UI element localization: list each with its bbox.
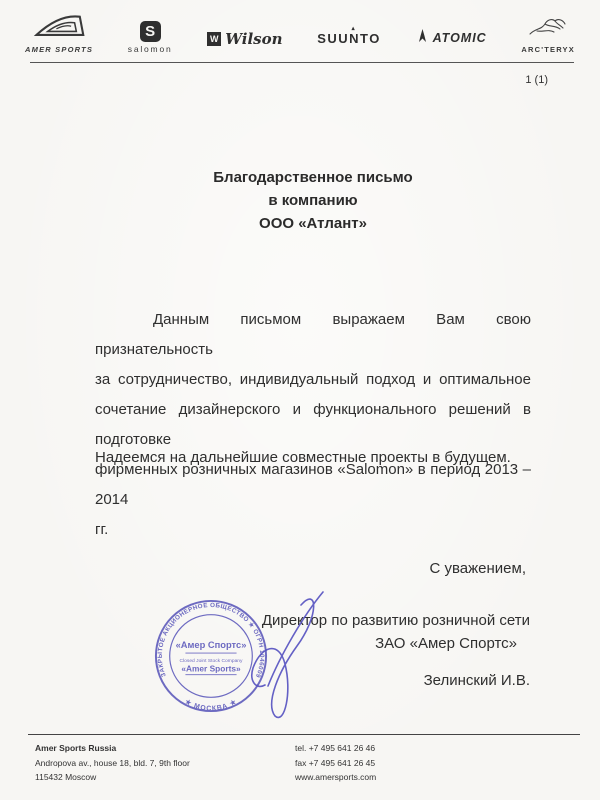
salomon-label: salomon <box>128 44 173 54</box>
footer-tel: tel. +7 495 641 26 46 <box>295 741 376 756</box>
salomon-logo: S salomon <box>128 21 173 54</box>
paragraph-future-projects: Надеемся на дальнейшие совместные проект… <box>95 443 531 473</box>
footer-website: www.amersports.com <box>295 770 376 785</box>
arcteryx-logo: ARC'TERYX <box>521 16 575 54</box>
title-line-1: Благодарственное письмо <box>95 166 531 189</box>
signature-scribble <box>225 578 365 728</box>
paragraph-line: за сотрудничество, индивидуальный подход… <box>95 365 531 395</box>
closing-salutation: С уважением, <box>130 560 526 577</box>
wilson-logo: W Wilson <box>207 30 282 54</box>
arcteryx-bird-icon <box>527 16 569 43</box>
letterhead-logos: AMER SPORTS S salomon W Wilson ▴ SUUNTO … <box>25 10 575 54</box>
page-number: 1 (1) <box>525 74 548 86</box>
footer-company-info: Amer Sports Russia Andropova av., house … <box>35 741 295 785</box>
suunto-label: SUUNTO <box>317 31 381 46</box>
atomic-icon <box>416 28 429 48</box>
title-line-2: в компанию <box>95 189 531 212</box>
suunto-logo: ▴ SUUNTO <box>317 31 381 54</box>
letter-title: Благодарственное письмо в компанию ООО «… <box>95 166 531 235</box>
arcteryx-label: ARC'TERYX <box>521 45 575 54</box>
atomic-label: ATOMIC <box>433 31 487 45</box>
paragraph-line: гг. <box>95 515 531 545</box>
suunto-accent-icon: ▴ <box>352 25 355 32</box>
footer: Amer Sports Russia Andropova av., house … <box>35 741 570 785</box>
amer-sports-icon <box>33 11 85 43</box>
paragraph-line: Данным письмом выражаем Вам свою признат… <box>95 305 531 365</box>
footer-divider <box>28 734 580 735</box>
amer-sports-logo: AMER SPORTS <box>25 11 93 54</box>
header-divider <box>30 62 574 63</box>
wilson-icon: W <box>207 32 221 46</box>
footer-fax: fax +7 495 641 26 45 <box>295 756 376 771</box>
document-page: AMER SPORTS S salomon W Wilson ▴ SUUNTO … <box>0 0 600 800</box>
amer-sports-label: AMER SPORTS <box>25 45 93 54</box>
wilson-label: Wilson <box>225 30 282 48</box>
footer-address-line1: Andropova av., house 18, bld. 7, 9th flo… <box>35 756 295 771</box>
paragraph-gratitude: Данным письмом выражаем Вам свою признат… <box>95 305 531 545</box>
footer-contact-info: tel. +7 495 641 26 46 fax +7 495 641 26 … <box>295 741 376 785</box>
salomon-icon: S <box>140 21 161 42</box>
atomic-logo: ATOMIC <box>416 28 487 54</box>
footer-company-name: Amer Sports Russia <box>35 741 295 756</box>
footer-address-line2: 115432 Moscow <box>35 770 295 785</box>
title-line-3: ООО «Атлант» <box>95 212 531 235</box>
